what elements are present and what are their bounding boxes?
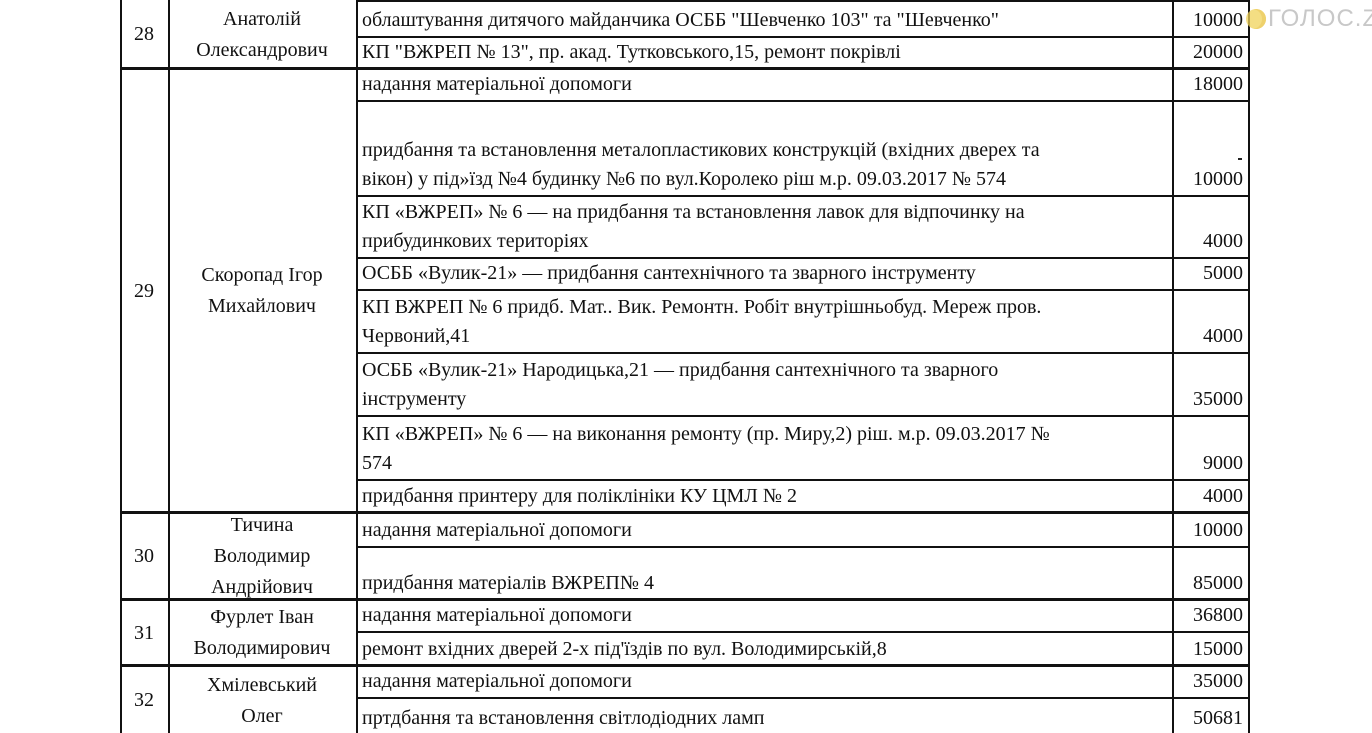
row-number: 30 xyxy=(120,513,168,600)
item-description: ОСББ «Вулик-21» Народицька,21 — придбанн… xyxy=(356,353,1172,416)
deputy-name-line: Анатолій xyxy=(223,4,301,35)
item-description: надання матеріальної допомоги xyxy=(356,513,1172,547)
item-amount: 10000 xyxy=(1172,101,1248,196)
row-divider xyxy=(356,36,1250,38)
item-amount: 9000 xyxy=(1172,416,1248,480)
item-description-line: 574 xyxy=(362,449,1172,478)
row-divider xyxy=(356,697,1250,699)
deputy-name-line: Хмілевський xyxy=(207,670,317,701)
column-divider xyxy=(120,0,122,733)
row-divider xyxy=(356,289,1250,291)
deputy-name-line: Тичина xyxy=(231,510,294,541)
deputy-name-line: Фурлет Іван xyxy=(210,602,314,633)
item-description: пртдбання та встановлення світлодіодних … xyxy=(356,698,1172,733)
item-description-line: ОСББ «Вулик-21» — придбання сантехнічног… xyxy=(362,259,1172,288)
row-divider xyxy=(356,257,1250,259)
row-divider xyxy=(356,546,1250,548)
column-divider xyxy=(1248,0,1250,733)
item-description: надання матеріальної допомоги xyxy=(356,666,1172,698)
item-amount: 4000 xyxy=(1172,196,1248,258)
item-amount: 35000 xyxy=(1172,353,1248,416)
scan-mark xyxy=(1238,158,1242,160)
row-divider xyxy=(356,352,1250,354)
deputy-name-line: Михайлович xyxy=(208,291,316,322)
item-amount: 10000 xyxy=(1172,513,1248,547)
item-amount: 85000 xyxy=(1172,547,1248,600)
item-description-line: КП "ВЖРЕП № 13", пр. акад. Тутковського,… xyxy=(362,38,1172,67)
deputy-name-line: Володимир xyxy=(214,541,311,572)
deputy-name-line: Олег xyxy=(241,701,283,732)
deputy-name: Фурлет ІванВолодимирович xyxy=(168,600,356,666)
item-amount: 50681 xyxy=(1172,698,1248,733)
deputy-name: Скоропад ІгорМихайлович xyxy=(168,69,356,513)
item-description: КП «ВЖРЕП» № 6 — на виконання ремонту (п… xyxy=(356,416,1172,480)
watermark-text: ГОЛОС.ZT xyxy=(1268,5,1372,33)
item-description-line: надання матеріальної допомоги xyxy=(362,70,1172,99)
item-description: надання матеріальної допомоги xyxy=(356,69,1172,101)
item-description: ремонт вхідних дверей 2-х під'їздів по в… xyxy=(356,632,1172,666)
item-description: придбання та встановлення металопластико… xyxy=(356,101,1172,196)
item-description-line: придбання принтеру для поліклініки КУ ЦМ… xyxy=(362,482,1172,511)
deputy-name: ХмілевськийОлег xyxy=(168,666,356,733)
golos-logo-icon xyxy=(1246,9,1266,29)
item-description: придбання принтеру для поліклініки КУ ЦМ… xyxy=(356,480,1172,513)
item-description: КП "ВЖРЕП № 13", пр. акад. Тутковського,… xyxy=(356,37,1172,69)
item-description-line: КП ВЖРЕП № 6 придб. Мат.. Вик. Ремонтн. … xyxy=(362,293,1172,322)
deputy-name: АнатолійОлександрович xyxy=(168,0,356,69)
item-description-line: прибудинкових територіях xyxy=(362,227,1172,256)
item-amount: 10000 xyxy=(1172,0,1248,37)
item-description-line: ОСББ «Вулик-21» Народицька,21 — придбанн… xyxy=(362,356,1172,385)
item-description-line: вікон) у під»їзд №4 будинку №6 по вул.Ко… xyxy=(362,165,1172,194)
item-description-line: придбання та встановлення металопластико… xyxy=(362,136,1172,165)
item-description-line: пртдбання та встановлення світлодіодних … xyxy=(362,704,1172,733)
item-description: ОСББ «Вулик-21» — придбання сантехнічног… xyxy=(356,258,1172,290)
item-description-line: КП «ВЖРЕП» № 6 — на придбання та встанов… xyxy=(362,198,1172,227)
item-description-line: придбання матеріалів ВЖРЕП№ 4 xyxy=(362,569,1172,598)
column-divider xyxy=(1172,0,1174,733)
item-amount: 4000 xyxy=(1172,290,1248,353)
column-divider xyxy=(356,0,358,733)
item-description-line: КП «ВЖРЕП» № 6 — на виконання ремонту (п… xyxy=(362,420,1172,449)
item-description: КП ВЖРЕП № 6 придб. Мат.. Вик. Ремонтн. … xyxy=(356,290,1172,353)
row-divider xyxy=(356,631,1250,633)
item-description-line: надання матеріальної допомоги xyxy=(362,601,1172,630)
budget-table: 28АнатолійОлександровичоблаштування дитя… xyxy=(0,0,1372,733)
item-description: придбання матеріалів ВЖРЕП№ 4 xyxy=(356,547,1172,600)
item-amount: 5000 xyxy=(1172,258,1248,290)
deputy-name-line: Володимирович xyxy=(194,633,331,664)
row-number: 28 xyxy=(120,0,168,69)
item-amount: 36800 xyxy=(1172,600,1248,632)
deputy-name: ТичинаВолодимирАндрійович xyxy=(168,513,356,600)
item-amount: 18000 xyxy=(1172,69,1248,101)
row-divider xyxy=(356,479,1250,481)
item-description-line: ремонт вхідних дверей 2-х під'їздів по в… xyxy=(362,635,1172,664)
item-amount: 20000 xyxy=(1172,37,1248,69)
row-number: 32 xyxy=(120,666,168,733)
item-amount: 15000 xyxy=(1172,632,1248,666)
row-divider xyxy=(356,0,1250,2)
item-description: облаштування дитячого майданчика ОСББ "Ш… xyxy=(356,0,1172,37)
item-description: надання матеріальної допомоги xyxy=(356,600,1172,632)
row-divider xyxy=(356,195,1250,197)
deputy-name-line: Скоропад Ігор xyxy=(201,260,322,291)
item-description-line: надання матеріальної допомоги xyxy=(362,667,1172,696)
item-description: КП «ВЖРЕП» № 6 — на придбання та встанов… xyxy=(356,196,1172,258)
item-amount: 4000 xyxy=(1172,480,1248,513)
row-divider xyxy=(356,415,1250,417)
row-divider xyxy=(356,100,1250,102)
row-number: 31 xyxy=(120,600,168,666)
column-divider xyxy=(168,0,170,733)
item-amount: 35000 xyxy=(1172,666,1248,698)
deputy-name-line: Олександрович xyxy=(196,35,328,66)
item-description-line: надання матеріальної допомоги xyxy=(362,516,1172,545)
row-number: 29 xyxy=(120,69,168,513)
watermark: ГОЛОС.ZT xyxy=(1246,6,1372,32)
item-description-line: облаштування дитячого майданчика ОСББ "Ш… xyxy=(362,6,1172,35)
item-description-line: Червоний,41 xyxy=(362,322,1172,351)
item-description-line: інструменту xyxy=(362,385,1172,414)
